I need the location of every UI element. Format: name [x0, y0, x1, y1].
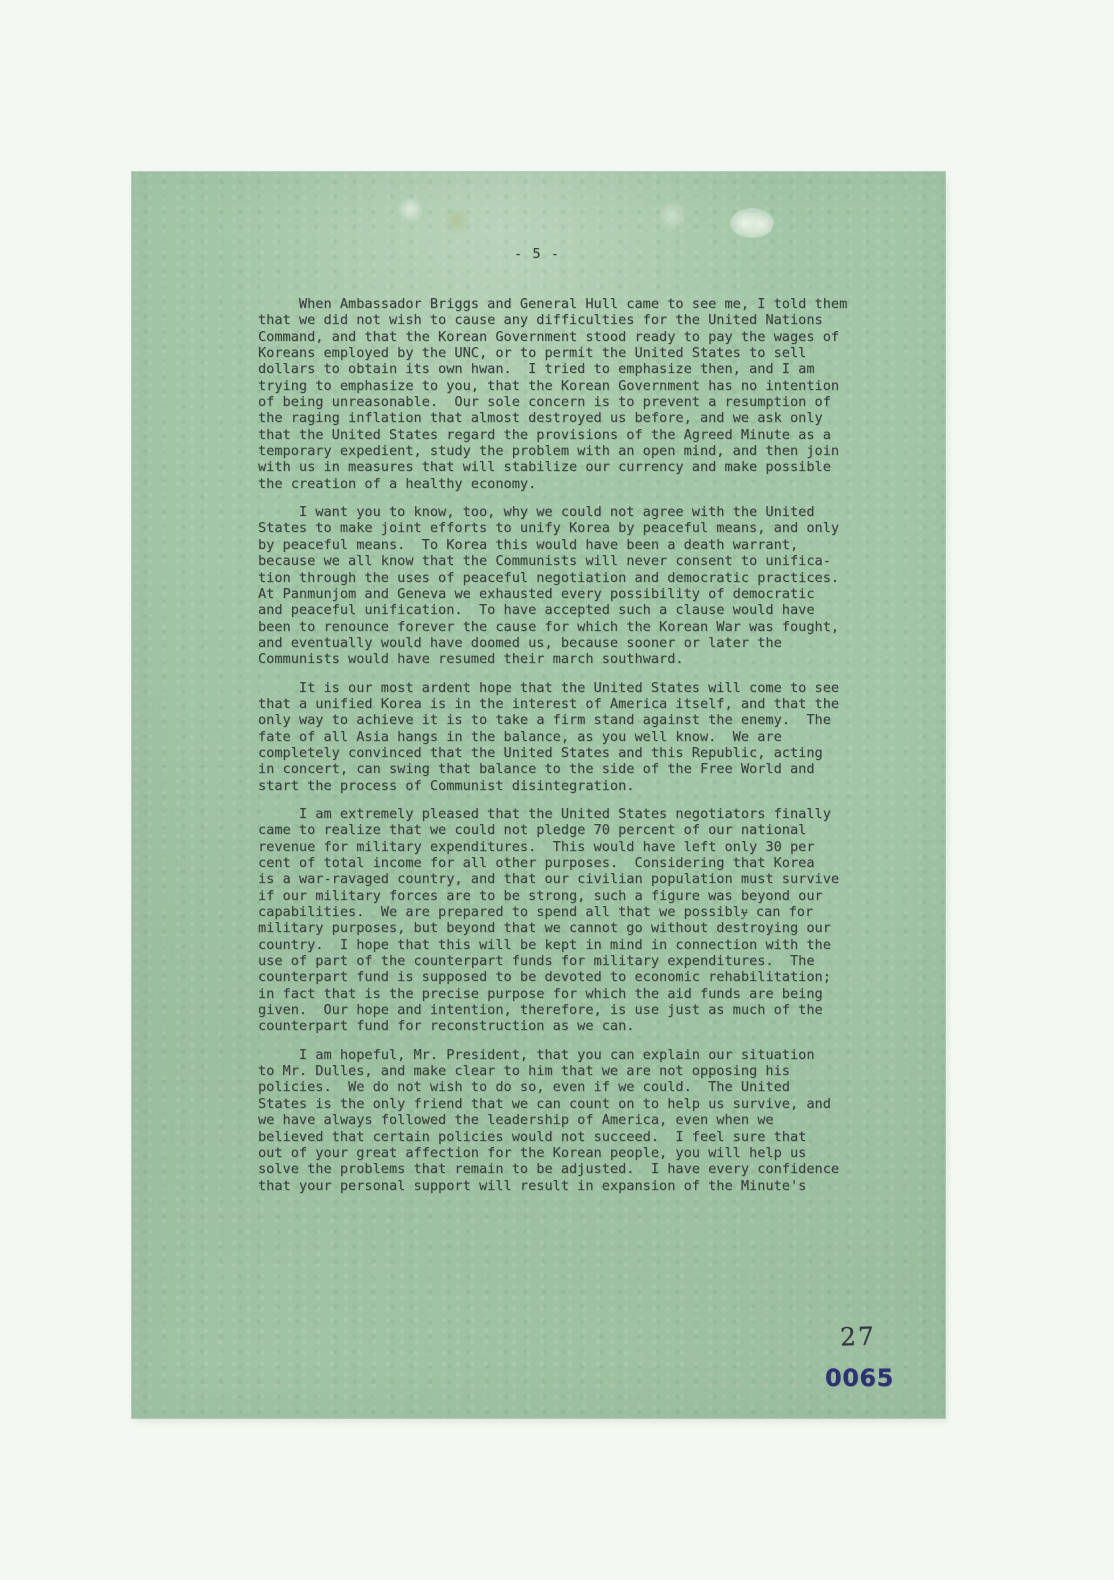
page-number-header: - 5 - — [514, 246, 560, 262]
paper-stain — [659, 200, 685, 232]
page-number-stamp: 27 — [840, 1322, 877, 1352]
letter-sheet: - 5 - When Ambassador Briggs and General… — [132, 172, 945, 1418]
folio-number-stamp: 0065 — [825, 1364, 894, 1392]
paragraph-5: I am hopeful, Mr. President, that you ca… — [258, 1047, 862, 1194]
paper-stain — [398, 196, 423, 223]
scanned-document-page: - 5 - When Ambassador Briggs and General… — [0, 0, 1114, 1580]
paper-stain — [730, 208, 774, 238]
paragraph-3: It is our most ardent hope that the Unit… — [258, 680, 862, 794]
letter-body: When Ambassador Briggs and General Hull … — [258, 296, 862, 1206]
paper-stain — [442, 206, 471, 236]
paragraph-2: I want you to know, too, why we could no… — [258, 504, 862, 667]
paragraph-4: I am extremely pleased that the United S… — [258, 806, 862, 1035]
paragraph-1: When Ambassador Briggs and General Hull … — [258, 296, 862, 492]
